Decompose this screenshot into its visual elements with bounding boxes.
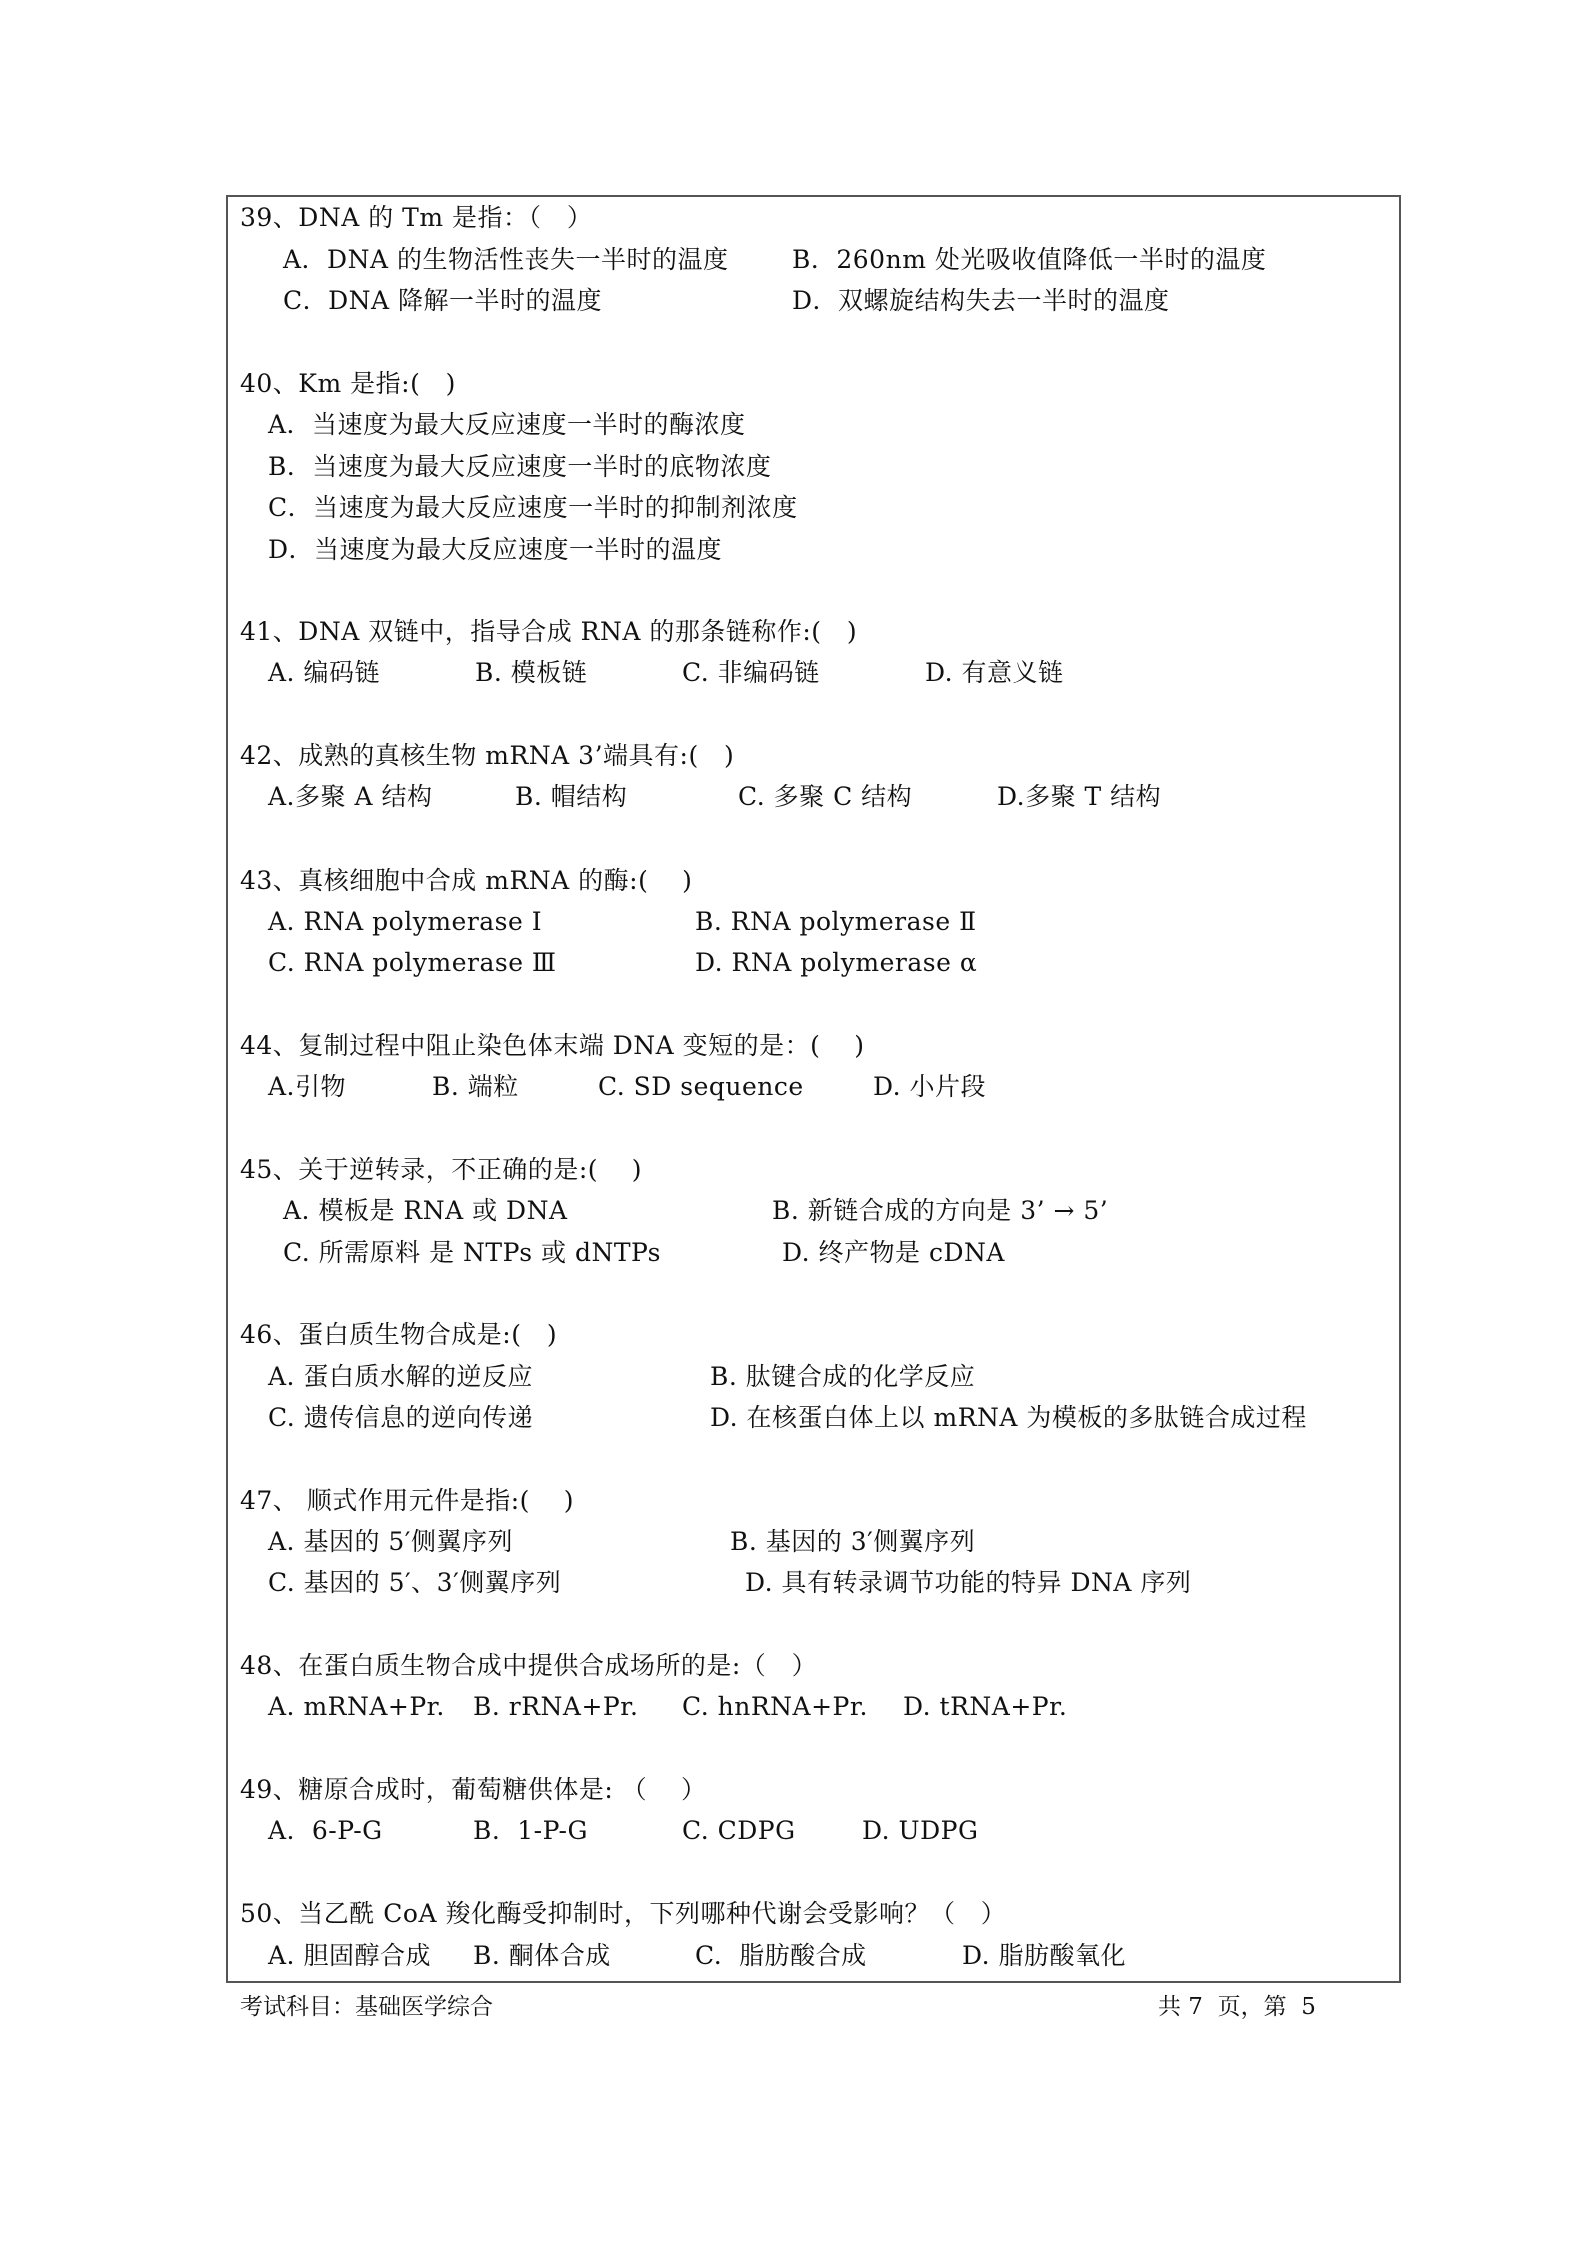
question-40-option-b: B．当速度为最大反应速度一半时的底物浓度 bbox=[268, 452, 771, 482]
question-40-stem: 40、Km 是指:( ) bbox=[240, 369, 456, 399]
question-45-stem: 45、关于逆转录，不正确的是:( ) bbox=[240, 1155, 642, 1185]
question-47-option-b: B. 基因的 3′侧翼序列 bbox=[730, 1527, 975, 1557]
question-41-option-b: B. 模板链 bbox=[475, 658, 587, 688]
question-49-option-b: B. 1-P-G bbox=[473, 1816, 588, 1846]
question-45-option-b: B. 新链合成的方向是 3’ → 5’ bbox=[772, 1196, 1108, 1226]
question-46-stem: 46、蛋白质生物合成是:( ) bbox=[240, 1320, 557, 1350]
question-48-option-d: D. tRNA+Pr. bbox=[903, 1692, 1067, 1722]
question-49-option-d: D. UDPG bbox=[862, 1816, 978, 1846]
question-47-option-d: D. 具有转录调节功能的特异 DNA 序列 bbox=[745, 1568, 1191, 1598]
question-39-option-c: C．DNA 降解一半时的温度 bbox=[283, 286, 602, 316]
question-48-option-a: A. mRNA+Pr. bbox=[268, 1692, 445, 1722]
question-44-option-c: C. SD sequence bbox=[598, 1072, 804, 1102]
question-40-option-d: D．当速度为最大反应速度一半时的温度 bbox=[268, 535, 722, 565]
footer-page-info: 共 7 页，第 5 bbox=[1158, 1993, 1316, 2021]
question-46-option-c: C. 遗传信息的逆向传递 bbox=[268, 1403, 533, 1433]
question-42-option-b: B. 帽结构 bbox=[515, 782, 627, 812]
question-39-option-d: D．双螺旋结构失去一半时的温度 bbox=[792, 286, 1170, 316]
footer-subject: 考试科目：基础医学综合 bbox=[240, 1993, 493, 2021]
question-46-option-a: A. 蛋白质水解的逆反应 bbox=[268, 1362, 533, 1392]
question-49-option-a: A. 6-P-G bbox=[268, 1816, 383, 1846]
question-48-option-b: B. rRNA+Pr. bbox=[473, 1692, 638, 1722]
question-45-option-c: C. 所需原料 是 NTPs 或 dNTPs bbox=[283, 1238, 661, 1268]
question-48-option-c: C. hnRNA+Pr. bbox=[682, 1692, 868, 1722]
question-43-option-d: D. RNA polymerase α bbox=[695, 948, 977, 978]
question-42-stem: 42、成熟的真核生物 mRNA 3’端具有:( ) bbox=[240, 741, 734, 771]
question-40-option-c: C．当速度为最大反应速度一半时的抑制剂浓度 bbox=[268, 493, 798, 523]
question-49-stem: 49、糖原合成时，葡萄糖供体是: （ ） bbox=[240, 1775, 706, 1805]
question-45-option-d: D. 终产物是 cDNA bbox=[782, 1238, 1005, 1268]
question-47-option-a: A. 基因的 5′侧翼序列 bbox=[268, 1527, 513, 1557]
question-50-stem: 50、当乙酰 CoA 羧化酶受抑制时，下列哪种代谢会受影响？（ ） bbox=[240, 1899, 1006, 1929]
question-44-stem: 44、复制过程中阻止染色体末端 DNA 变短的是：( ) bbox=[240, 1031, 864, 1061]
question-49-option-c: C. CDPG bbox=[682, 1816, 796, 1846]
question-42-option-d: D.多聚 T 结构 bbox=[997, 782, 1161, 812]
question-41-stem: 41、DNA 双链中，指导合成 RNA 的那条链称作:( ) bbox=[240, 617, 857, 647]
question-48-stem: 48、在蛋白质生物合成中提供合成场所的是:（ ） bbox=[240, 1651, 817, 1681]
question-50-option-d: D. 脂肪酸氧化 bbox=[962, 1941, 1126, 1971]
question-40-option-a: A．当速度为最大反应速度一半时的酶浓度 bbox=[268, 410, 746, 440]
question-50-option-c: C. 脂肪酸合成 bbox=[695, 1941, 867, 1971]
question-43-option-c: C. RNA polymerase Ⅲ bbox=[268, 948, 557, 978]
question-41-option-d: D. 有意义链 bbox=[925, 658, 1064, 688]
question-43-stem: 43、真核细胞中合成 mRNA 的酶:( ) bbox=[240, 866, 692, 896]
question-46-option-d: D. 在核蛋白体上以 mRNA 为模板的多肽链合成过程 bbox=[710, 1403, 1307, 1433]
question-44-option-a: A.引物 bbox=[268, 1072, 346, 1102]
question-39-option-a: A．DNA 的生物活性丧失一半时的温度 bbox=[283, 245, 728, 275]
question-43-option-a: A. RNA polymerase Ⅰ bbox=[268, 907, 542, 937]
question-50-option-b: B. 酮体合成 bbox=[473, 1941, 611, 1971]
question-42-option-a: A.多聚 A 结构 bbox=[268, 782, 432, 812]
question-41-option-c: C. 非编码链 bbox=[682, 658, 820, 688]
question-39-option-b: B．260nm 处光吸收值降低一半时的温度 bbox=[792, 245, 1266, 275]
question-47-stem: 47、 顺式作用元件是指:( ) bbox=[240, 1486, 574, 1516]
question-41-option-a: A. 编码链 bbox=[268, 658, 380, 688]
question-42-option-c: C. 多聚 C 结构 bbox=[738, 782, 912, 812]
question-44-option-d: D. 小片段 bbox=[873, 1072, 986, 1102]
question-46-option-b: B. 肽键合成的化学反应 bbox=[710, 1362, 975, 1392]
question-50-option-a: A. 胆固醇合成 bbox=[268, 1941, 431, 1971]
question-44-option-b: B. 端粒 bbox=[432, 1072, 519, 1102]
question-43-option-b: B. RNA polymerase Ⅱ bbox=[695, 907, 977, 937]
question-45-option-a: A. 模板是 RNA 或 DNA bbox=[283, 1196, 568, 1226]
question-39-stem: 39、DNA 的 Tm 是指：（ ） bbox=[240, 203, 592, 233]
question-47-option-c: C. 基因的 5′、3′侧翼序列 bbox=[268, 1568, 561, 1598]
